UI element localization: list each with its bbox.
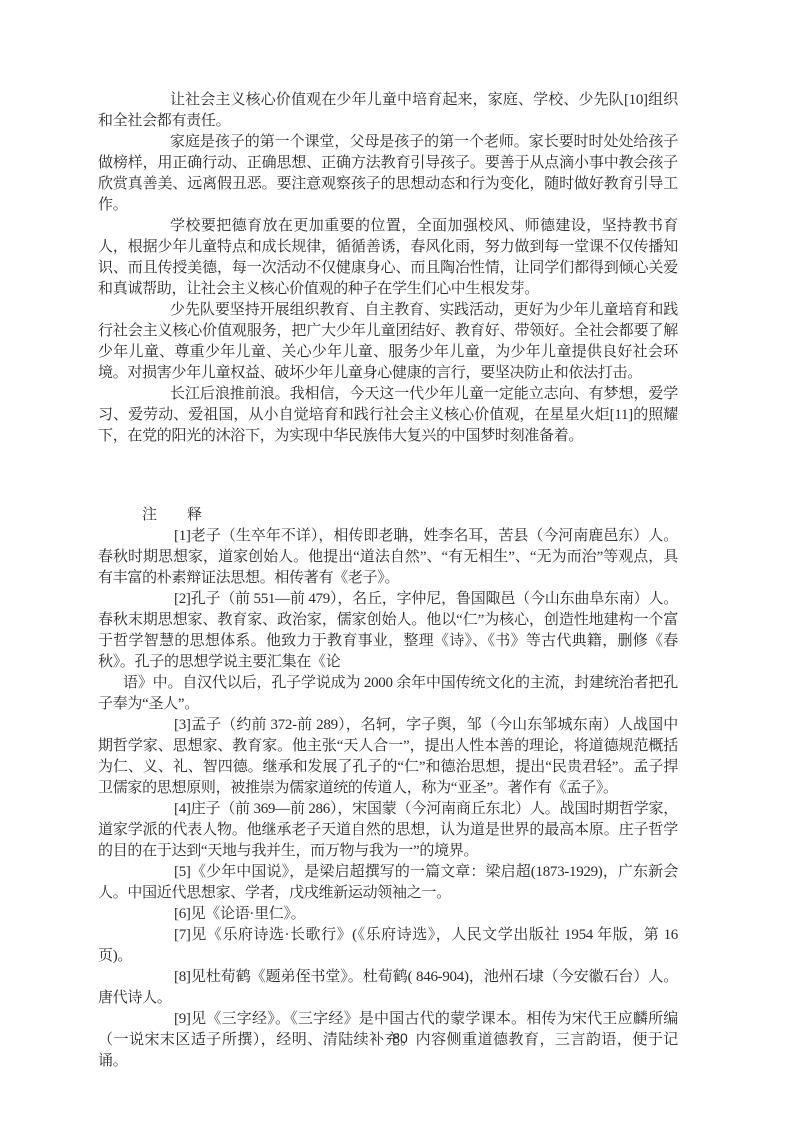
note-item-6: [6]见《论语·里仁》。 [98, 904, 678, 925]
note-item-2: [2]孔子（前 551—前 479），名丘，字仲尼，鲁国陬邑（今山东曲阜东南）人… [98, 589, 678, 673]
body-paragraph-4: 少先队要坚持开展组织教育、自主教育、实践活动，更好为少年儿童培育和践行社会主义核… [98, 300, 678, 384]
body-paragraph-5: 长江后浪推前浪。我相信，今天这一代少年儿童一定能立志向、有梦想，爱学习、爱劳动、… [98, 384, 678, 447]
body-paragraph-1: 让社会主义核心价值观在少年儿童中培育起来，家庭、学校、少先队[10]组织和全社会… [98, 90, 678, 132]
document-page: 让社会主义核心价值观在少年儿童中培育起来，家庭、学校、少先队[10]组织和全社会… [0, 0, 800, 1131]
body-paragraph-2: 家庭是孩子的第一个课堂，父母是孩子的第一个老师。家长要时时处处给孩子做榜样，用正… [98, 132, 678, 216]
note-item-4: [4]庄子（前 369—前 286），宋国蒙（今河南商丘东北）人。战国时期哲学家… [98, 799, 678, 862]
note-item-3: [3]孟子（约前 372-前 289），名轲，字子舆，邹（今山东邹城东南）人战国… [98, 715, 678, 799]
note-item-8: [8]见杜荀鹤《题弟侄书堂》。杜荀鹤( 846-904)，池州石埭（今安徽石台）… [98, 967, 678, 1009]
page-number: 80 [0, 1030, 800, 1046]
note-item-5: [5]《少年中国说》，是梁启超撰写的一篇文章：梁启超(1873-1929)，广东… [98, 862, 678, 904]
note-item-2-continuation: 语》中。自汉代以后，孔子学说成为 2000 余年中国传统文化的主流，封建统治者把… [98, 673, 678, 715]
notes-heading: 注 释 [98, 505, 678, 526]
note-item-7: [7]见《乐府诗选·长歌行》(《乐府诗选》，人民文学出版社 1954 年版，第 … [98, 925, 678, 967]
text-content-area: 让社会主义核心价值观在少年儿童中培育起来，家庭、学校、少先队[10]组织和全社会… [98, 90, 678, 1072]
body-paragraph-3: 学校要把德育放在更加重要的位置，全面加强校风、师德建设，坚持教书育人，根据少年儿… [98, 216, 678, 300]
note-item-1: [1]老子（生卒年不详），相传即老聃，姓李名耳，苦县（今河南鹿邑东）人。春秋时期… [98, 526, 678, 589]
